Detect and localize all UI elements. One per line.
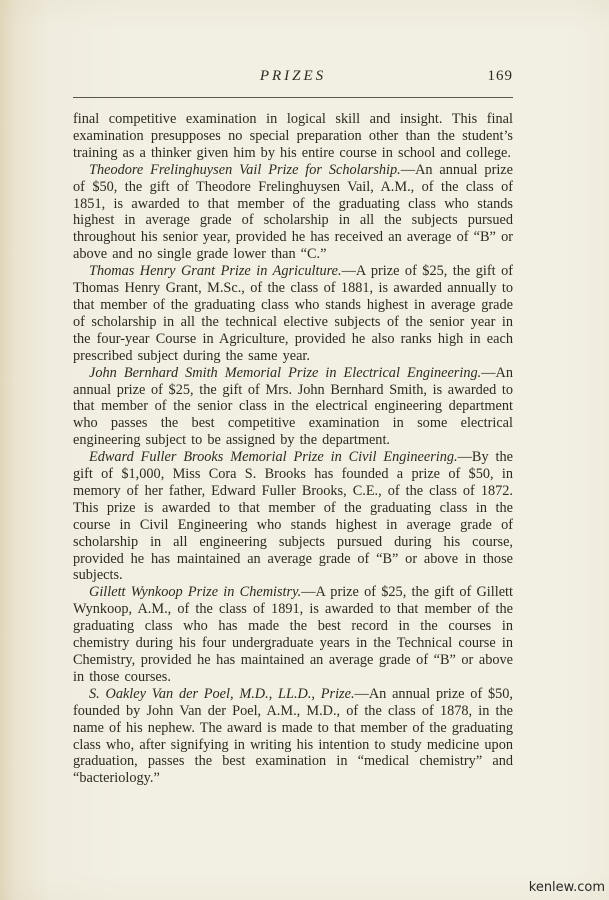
paragraph-text: —By the gift of $1,000, Miss Cora S. Bro… [73,449,513,583]
page-title: PRIZES [73,68,513,85]
paragraph-lead: Edward Fuller Brooks Memorial Prize in C… [89,449,458,465]
paragraph-lead: John Bernhard Smith Memorial Prize in El… [89,365,481,381]
paragraph-lead: Gillett Wynkoop Prize in Chemistry. [89,584,301,600]
paragraph-lead: Theodore Frelinghuysen Vail Prize for Sc… [89,162,401,178]
header-rule [73,97,513,98]
paragraph-vanderpoel-prize: S. Oakley Van der Poel, M.D., LL.D., Pri… [73,686,513,787]
paragraph-wynkoop-prize: Gillett Wynkoop Prize in Chemistry.—A pr… [73,584,513,685]
paragraph-lead: S. Oakley Van der Poel, M.D., LL.D., Pri… [89,686,355,702]
page-content: PRIZES 169 final competitive examination… [73,68,513,787]
paragraph-smith-prize: John Bernhard Smith Memorial Prize in El… [73,365,513,450]
paragraph-lead: Thomas Henry Grant Prize in Agriculture. [89,263,342,279]
running-head: PRIZES 169 [73,68,513,92]
paragraph-vail-prize: Theodore Frelinghuysen Vail Prize for Sc… [73,162,513,263]
paragraph-brooks-prize: Edward Fuller Brooks Memorial Prize in C… [73,449,513,584]
paragraph-text: final competitive examination in logical… [73,111,513,161]
scanned-book-page: PRIZES 169 final competitive examination… [0,0,609,900]
page-number: 169 [488,68,514,85]
paragraph-grant-prize: Thomas Henry Grant Prize in Agriculture.… [73,263,513,364]
paragraph-intro-continuation: final competitive examination in logical… [73,111,513,162]
watermark-kenlew: kenlew.com [529,880,605,895]
body-text: final competitive examination in logical… [73,111,513,787]
